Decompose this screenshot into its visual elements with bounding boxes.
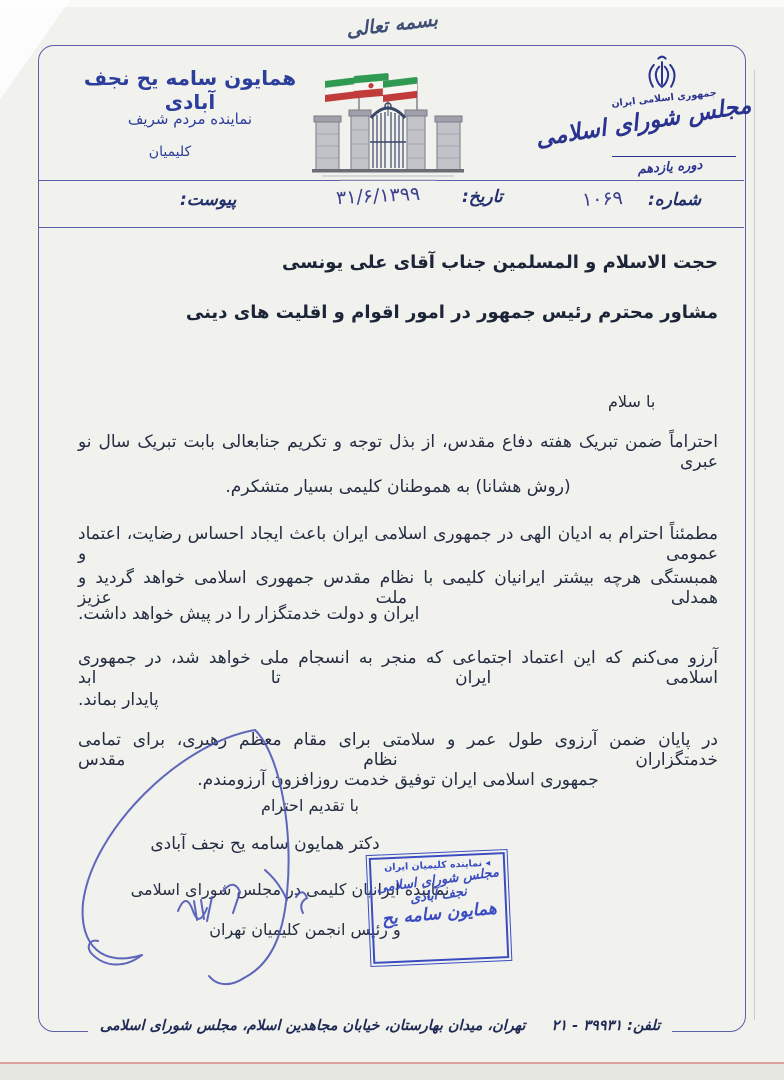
scan-edge-artifact: [0, 1064, 784, 1080]
number-value-handwritten: ۱۰۶۹: [581, 187, 623, 211]
body-line: مطمئناً احترام به ادیان الهی در جمهوری ا…: [78, 524, 718, 564]
number-label: شماره:: [648, 190, 701, 210]
scan-edge-artifact: [754, 70, 755, 1020]
meta-divider-line: [39, 227, 744, 228]
body-line: ایران و دولت خدمتگزار را در پیش خواهد دا…: [78, 604, 718, 624]
footer-phone: تلفن: ۳۹۹۳۱ - ۲۱: [551, 1018, 660, 1034]
body-line: (روش هشانا) به هموطنان کلیمی بسیار متشکر…: [78, 477, 718, 497]
member-title-line2: کلیمیان: [90, 144, 250, 160]
date-value-handwritten: ۳۱/۶/۱۳۹۹: [335, 183, 420, 209]
date-label: تاریخ:: [462, 187, 503, 207]
footer-address: تهران، میدان بهارستان، خیابان مجاهدین اس…: [100, 1018, 526, 1034]
official-stamp: ◂ نماینده کلیمیان ایران مجلس شورای اسلام…: [366, 849, 513, 967]
attachment-label: پیوست:: [180, 190, 236, 210]
iran-flag-icon: [383, 77, 417, 102]
iran-emblem-icon: [642, 54, 682, 94]
bismillah-calligraphy: بسمه تعالی: [321, 6, 463, 45]
member-name: همایون سامه یح نجف آبادی: [62, 66, 318, 114]
body-line: آرزو می‌کنم که این اعتماد اجتماعی که منج…: [78, 648, 718, 688]
scan-edge-artifact: [0, 0, 784, 7]
handwritten-signature: [60, 715, 320, 990]
body-line: پایدار بماند.: [78, 690, 718, 710]
footer-address-bar: تهران، میدان بهارستان، خیابان مجاهدین اس…: [88, 1004, 672, 1048]
member-title-line1: نماینده مردم شریف: [90, 110, 290, 128]
scanned-letter-page: بسمه تعالی همایون سامه یح نجف آبادی نمای…: [0, 0, 784, 1080]
recipient-line1: حجت الاسلام و المسلمین جناب آقای علی یون…: [78, 252, 718, 273]
body-line: همبستگی هرچه بیشتر ایرانیان کلیمی با نظا…: [78, 568, 718, 608]
majlis-gate-graphic: [312, 72, 464, 184]
recipient-line2: مشاور محترم رئیس جمهور در امور اقوام و ا…: [78, 302, 718, 323]
salutation: با سلام: [608, 392, 718, 411]
body-line: احتراماً ضمن تبریک هفته دفاع مقدس، از بذ…: [78, 432, 718, 472]
